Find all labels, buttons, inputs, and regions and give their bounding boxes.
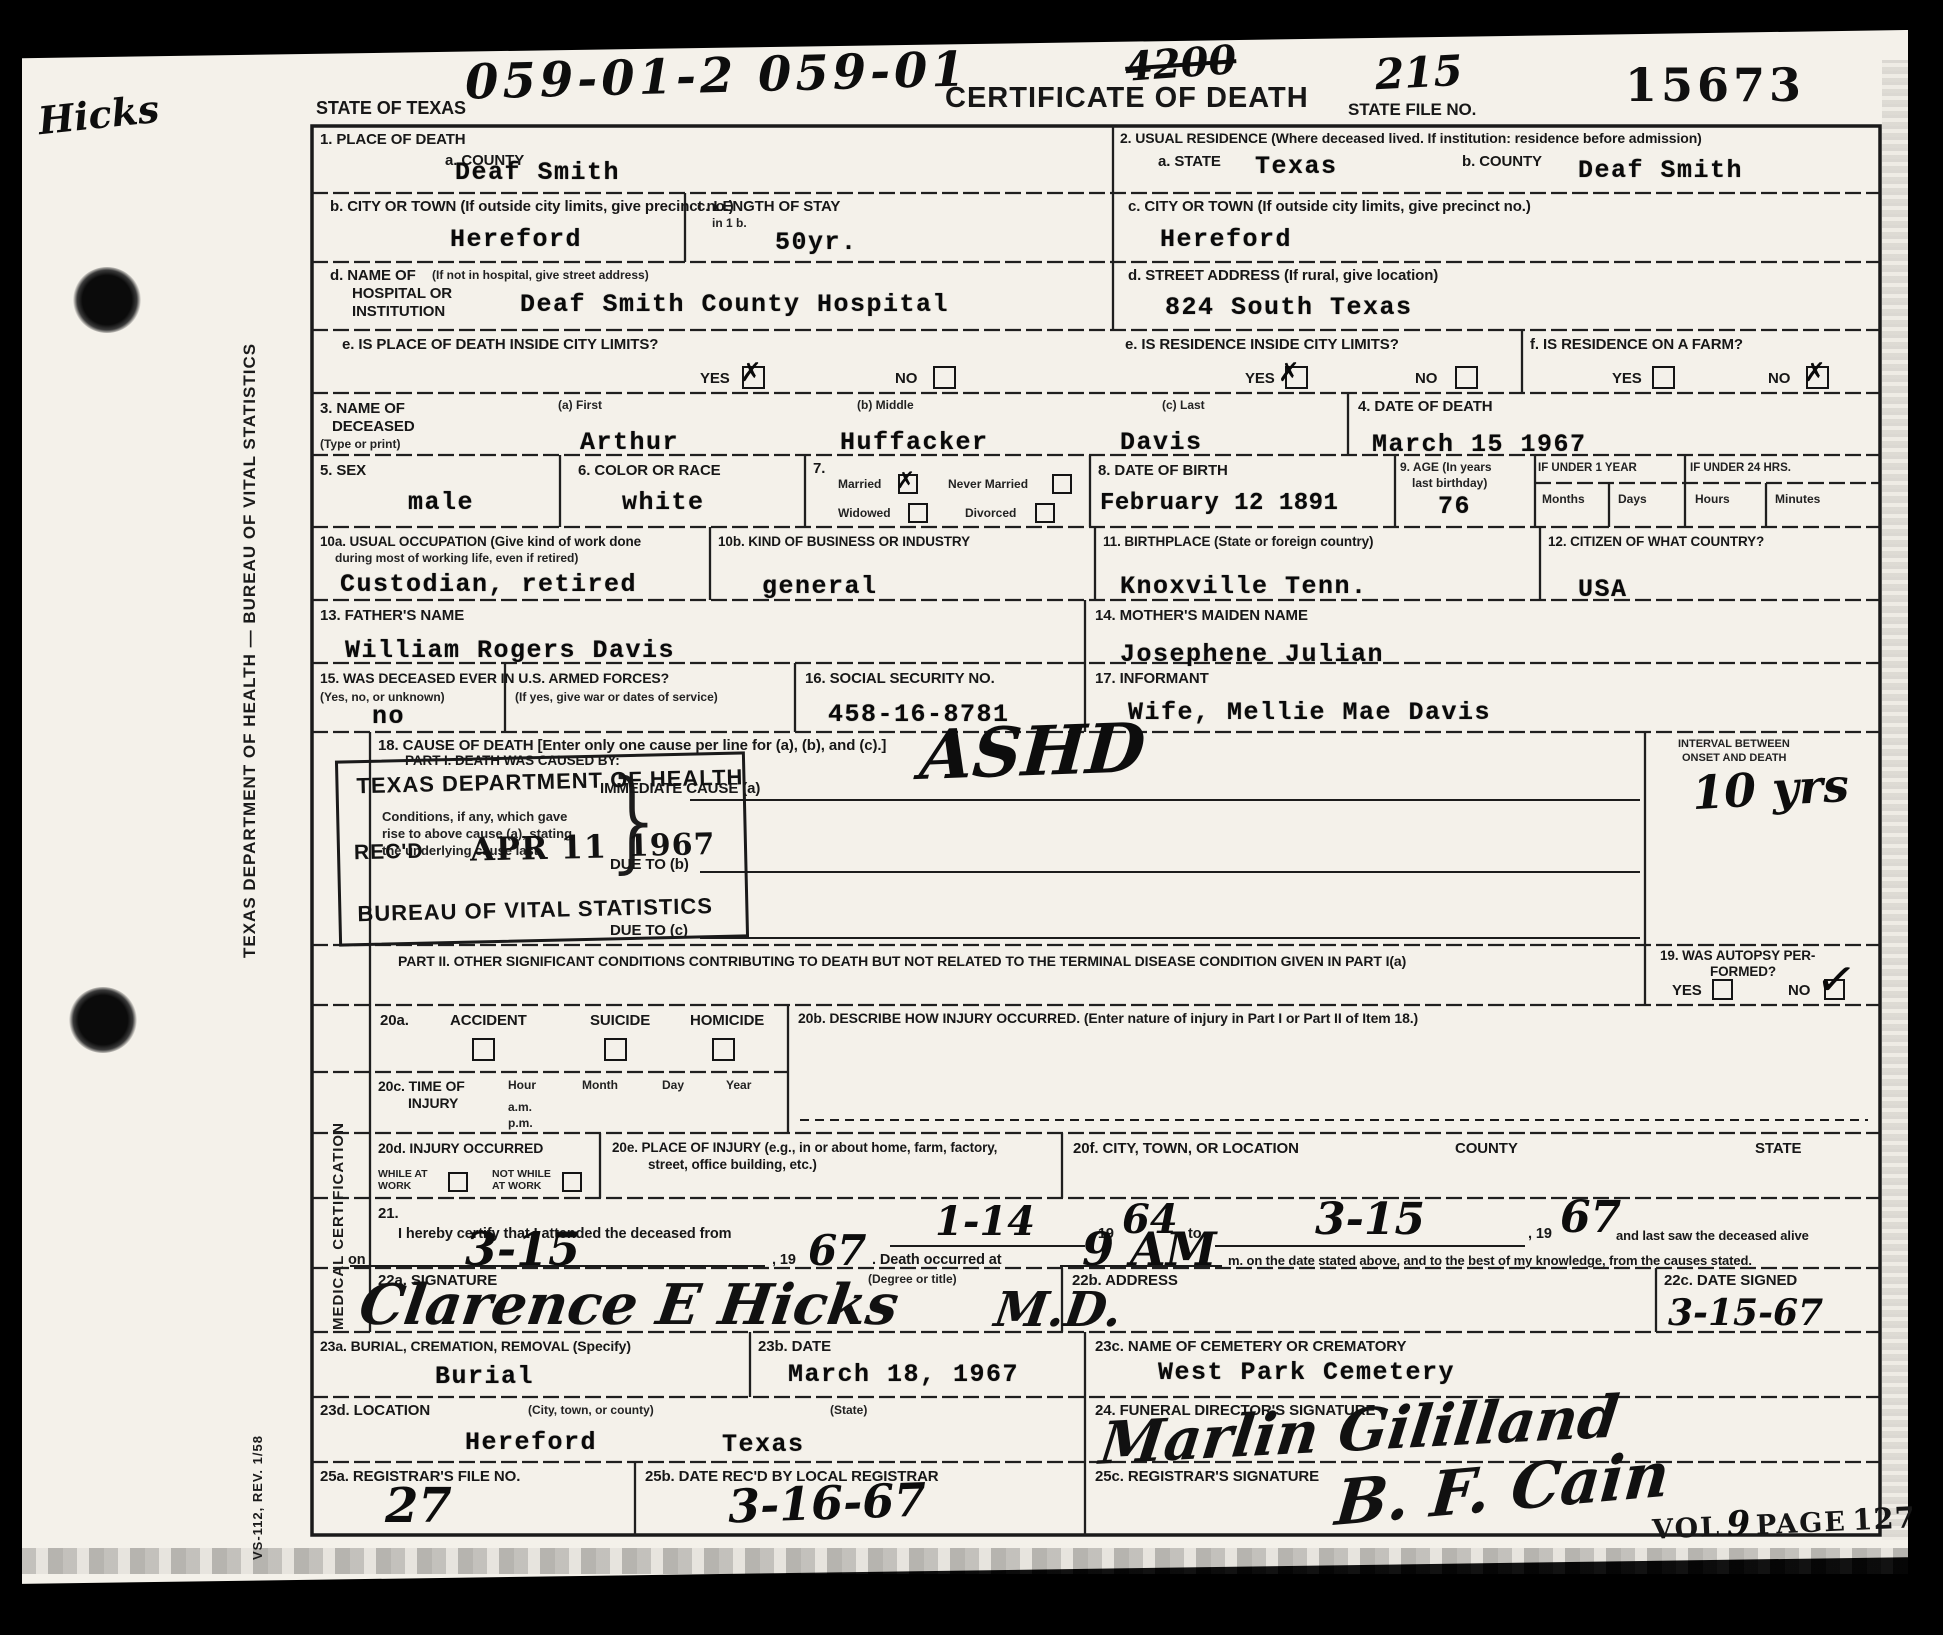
certify-text-2: and last saw the deceased alive	[1616, 1228, 1809, 1243]
autopsy-no-label: NO	[1788, 982, 1810, 999]
checkbox-place-limits-no	[933, 366, 956, 389]
citizen-value: USA	[1578, 575, 1628, 604]
received-stamp: TEXAS DEPARTMENT OF HEALTH REC'D APR 11 …	[335, 751, 749, 946]
name-heading-3: (Type or print)	[320, 437, 400, 451]
name-first-value: Arthur	[580, 428, 679, 457]
armed-forces-sub2: (If yes, give war or dates of service)	[515, 690, 718, 704]
residence-state-value: Texas	[1255, 152, 1338, 181]
residence-heading: 2. USUAL RESIDENCE (Where deceased lived…	[1120, 130, 1702, 146]
cause-a-handwriting: ASHD	[917, 708, 1148, 796]
homicide-label: HOMICIDE	[690, 1012, 764, 1029]
vol-label: VOL	[1652, 1512, 1722, 1546]
name-last-value: Davis	[1120, 428, 1203, 457]
date-of-birth-value: February 12 1891	[1100, 490, 1338, 517]
divorced-label: Divorced	[965, 506, 1016, 520]
page-label: PAGE	[1755, 1506, 1847, 1541]
farm-no-label: NO	[1768, 370, 1790, 387]
sex-value: male	[408, 488, 474, 517]
checkbox-accident	[472, 1038, 495, 1061]
death-time: 9 AM	[1082, 1222, 1217, 1276]
armed-forces-label: 15. WAS DECEASED EVER IN U.S. ARMED FORC…	[320, 670, 669, 686]
birthplace-value: Knoxville Tenn.	[1120, 572, 1368, 601]
race-label: 6. COLOR OR RACE	[578, 462, 721, 479]
certify-on: on	[348, 1252, 366, 1268]
burial-location-sub1: (City, town, or county)	[528, 1403, 654, 1417]
day-label: Day	[662, 1078, 684, 1092]
place-of-injury-label-1: 20e. PLACE OF INJURY (e.g., in or about …	[612, 1140, 997, 1155]
never-married-label: Never Married	[948, 477, 1028, 491]
place-of-death-heading: 1. PLACE OF DEATH	[320, 131, 466, 148]
date-of-death-label: 4. DATE OF DEATH	[1358, 398, 1493, 415]
registrar-date-value: 3-16-67	[727, 1473, 927, 1534]
marital-label: 7.	[813, 460, 825, 477]
checkbox-not-while-at-work	[562, 1172, 582, 1192]
autopsy-label-1: 19. WAS AUTOPSY PER-	[1660, 948, 1815, 963]
certify-text-4: m. on the date stated above, and to the …	[1228, 1253, 1752, 1268]
describe-injury-label: 20b. DESCRIBE HOW INJURY OCCURRED. (Ente…	[798, 1010, 1418, 1026]
birthplace-label: 11. BIRTHPLACE (State or foreign country…	[1103, 534, 1373, 549]
name-middle-value: Huffacker	[840, 428, 989, 457]
length-of-stay-value: 50yr.	[775, 228, 858, 257]
hospital-label-1: d. NAME OF	[330, 267, 416, 284]
injury-city-label: 20f. CITY, TOWN, OR LOCATION	[1073, 1140, 1299, 1157]
months-label: Months	[1542, 492, 1585, 506]
form-grid-lines	[0, 0, 1943, 1635]
certify-19b: , 19	[1528, 1226, 1552, 1242]
residence-city-value: Hereford	[1160, 225, 1292, 254]
date-of-death-value: March 15 1967	[1372, 430, 1587, 459]
not-while-label-1: NOT WHILE	[492, 1168, 551, 1180]
citizen-label: 12. CITIZEN OF WHAT COUNTRY?	[1548, 534, 1764, 549]
married-label: Married	[838, 477, 881, 491]
interval-label-1: INTERVAL BETWEEN	[1678, 738, 1790, 750]
residence-farm-label: f. IS RESIDENCE ON A FARM?	[1530, 336, 1743, 353]
certify-text-3: . Death occurred at	[872, 1252, 1001, 1268]
stamp-line-1: TEXAS DEPARTMENT OF HEALTH	[356, 764, 743, 799]
burial-state-value: Texas	[722, 1430, 805, 1459]
year-label: Year	[726, 1078, 751, 1092]
while-at-work-label-2: WORK	[378, 1180, 411, 1192]
part2-heading: PART II. OTHER SIGNIFICANT CONDITIONS CO…	[398, 953, 1406, 969]
autopsy-label-2: FORMED?	[1710, 964, 1776, 979]
occupation-label-2: during most of working life, even if ret…	[335, 551, 578, 565]
time-of-injury-label-1: 20c. TIME OF	[378, 1078, 465, 1094]
residence-street-label: d. STREET ADDRESS (If rural, give locati…	[1128, 267, 1438, 284]
stamp-recd: REC'D	[354, 840, 424, 866]
checkbox-farm-yes	[1652, 366, 1675, 389]
checkbox-widowed	[908, 503, 928, 523]
suicide-label: SUICIDE	[590, 1012, 650, 1029]
place-limits-yes-label: YES	[700, 370, 730, 387]
place-city-value: Hereford	[450, 225, 582, 254]
attended-to-year: 67	[1560, 1192, 1621, 1243]
checkbox-place-limits-yes-mark: ✗	[740, 358, 762, 388]
autopsy-yes-label: YES	[1672, 982, 1702, 999]
checkbox-autopsy-no-mark: ✓	[1812, 949, 1860, 1010]
injury-state-label: STATE	[1755, 1140, 1801, 1157]
mother-name-value: Josephene Julian	[1120, 640, 1384, 669]
stamp-line-3: BUREAU OF VITAL STATISTICS	[357, 893, 713, 927]
place-inside-limits-label: e. IS PLACE OF DEATH INSIDE CITY LIMITS?	[342, 336, 658, 353]
place-of-injury-label-2: street, office building, etc.)	[648, 1157, 817, 1172]
name-first-label: (a) First	[558, 398, 602, 412]
length-of-stay-label: c. LENGTH OF STAY	[697, 198, 840, 215]
mother-name-label: 14. MOTHER'S MAIDEN NAME	[1095, 607, 1308, 624]
place-county-value: Deaf Smith	[455, 158, 620, 187]
days-label: Days	[1618, 492, 1647, 506]
physician-address-label: 22b. ADDRESS	[1072, 1272, 1178, 1289]
name-last-label: (c) Last	[1162, 398, 1205, 412]
degree-value: M.D.	[991, 1282, 1125, 1338]
pm-label: p.m.	[508, 1116, 533, 1130]
checkbox-never-married	[1052, 474, 1072, 494]
injury-occurred-label: 20d. INJURY OCCURRED	[378, 1140, 543, 1156]
injury-20a-label: 20a.	[380, 1012, 409, 1029]
race-value: white	[622, 488, 705, 517]
residence-state-label: a. STATE	[1158, 153, 1221, 170]
stamp-date: APR 11	[470, 828, 608, 869]
burial-type-label: 23a. BURIAL, CREMATION, REMOVAL (Specify…	[320, 1338, 631, 1354]
occupation-value: Custodian, retired	[340, 570, 637, 599]
registrar-file-value: 27	[385, 1478, 452, 1534]
ssn-label: 16. SOCIAL SECURITY NO.	[805, 670, 995, 687]
informant-value: Wife, Mellie Mae Davis	[1128, 698, 1491, 727]
father-name-label: 13. FATHER'S NAME	[320, 607, 464, 624]
not-while-label-2: AT WORK	[492, 1180, 541, 1192]
checkbox-suicide	[604, 1038, 627, 1061]
checkbox-residence-limits-yes-mark: ✗	[1278, 358, 1300, 388]
while-at-work-label-1: WHILE AT	[378, 1168, 428, 1180]
cemetery-value: West Park Cemetery	[1158, 1358, 1455, 1387]
widowed-label: Widowed	[838, 506, 891, 520]
scanned-death-certificate: Hicks TEXAS DEPARTMENT OF HEALTH — BUREA…	[0, 0, 1943, 1635]
certify-number: 21.	[378, 1205, 399, 1222]
occupation-label-1: 10a. USUAL OCCUPATION (Give kind of work…	[320, 534, 641, 549]
farm-yes-label: YES	[1612, 370, 1642, 387]
age-label-1: 9. AGE (In years	[1400, 460, 1492, 474]
residence-county-label: b. COUNTY	[1462, 153, 1542, 170]
attended-from-date: 1-14	[935, 1198, 1035, 1245]
residence-county-value: Deaf Smith	[1578, 156, 1743, 185]
minutes-label: Minutes	[1775, 492, 1820, 506]
name-middle-label: (b) Middle	[857, 398, 914, 412]
age-value: 76	[1438, 492, 1471, 521]
checkbox-married-mark: ✗	[896, 468, 915, 494]
industry-value: general	[762, 572, 878, 601]
under-1-year-label: IF UNDER 1 YEAR	[1538, 462, 1637, 474]
certify-19c: , 19	[772, 1252, 796, 1268]
industry-label: 10b. KIND OF BUSINESS OR INDUSTRY	[718, 534, 970, 549]
month-label: Month	[582, 1078, 618, 1092]
checkbox-residence-limits-no	[1455, 366, 1478, 389]
place-city-label: b. CITY OR TOWN (If outside city limits,…	[330, 198, 734, 215]
checkbox-homicide	[712, 1038, 735, 1061]
armed-forces-value: no	[372, 702, 405, 731]
name-heading-1: 3. NAME OF	[320, 400, 405, 417]
burial-location-sub2: (State)	[830, 1403, 867, 1417]
date-of-birth-label: 8. DATE OF BIRTH	[1098, 462, 1228, 479]
cemetery-label: 23c. NAME OF CEMETERY OR CREMATORY	[1095, 1338, 1406, 1355]
page-value: 127	[1852, 1500, 1917, 1537]
interval-value-handwriting: 10 yrs	[1691, 758, 1851, 820]
residence-inside-limits-label: e. IS RESIDENCE INSIDE CITY LIMITS?	[1125, 336, 1399, 353]
informant-label: 17. INFORMANT	[1095, 670, 1209, 687]
accident-label: ACCIDENT	[450, 1012, 527, 1029]
checkbox-autopsy-yes	[1712, 979, 1733, 1000]
father-name-value: William Rogers Davis	[345, 636, 675, 665]
under-24-hrs-label: IF UNDER 24 HRS.	[1690, 462, 1791, 474]
burial-date-label: 23b. DATE	[758, 1338, 831, 1355]
last-seen-year: 67	[808, 1226, 866, 1275]
date-signed-value: 3-15-67	[1668, 1292, 1823, 1334]
name-heading-2: DECEASED	[332, 418, 415, 435]
hospital-value: Deaf Smith County Hospital	[520, 290, 949, 319]
residence-street-value: 824 South Texas	[1165, 293, 1413, 322]
hospital-label-2: HOSPITAL OR	[352, 285, 452, 302]
residence-city-label: c. CITY OR TOWN (If outside city limits,…	[1128, 198, 1531, 215]
degree-label: (Degree or title)	[868, 1272, 957, 1286]
cause-of-death-heading: 18. CAUSE OF DEATH [Enter only one cause…	[378, 737, 886, 754]
burial-location-label: 23d. LOCATION	[320, 1402, 430, 1419]
hours-label: Hours	[1695, 492, 1730, 506]
place-limits-no-label: NO	[895, 370, 917, 387]
sex-label: 5. SEX	[320, 462, 366, 479]
checkbox-farm-no-mark: ✗	[1804, 358, 1826, 388]
hour-label: Hour	[508, 1078, 536, 1092]
time-of-injury-label-2: INJURY	[408, 1095, 458, 1111]
date-signed-label: 22c. DATE SIGNED	[1664, 1272, 1797, 1289]
checkbox-while-at-work	[448, 1172, 468, 1192]
residence-limits-no-label: NO	[1415, 370, 1437, 387]
age-label-2: last birthday)	[1412, 476, 1487, 490]
checkbox-divorced	[1035, 503, 1055, 523]
burial-date-value: March 18, 1967	[788, 1360, 1019, 1389]
injury-county-label: COUNTY	[1455, 1140, 1518, 1157]
stamp-year: 1967	[628, 827, 716, 864]
last-seen-date: 3-15	[465, 1222, 580, 1276]
burial-type-value: Burial	[435, 1362, 534, 1391]
length-of-stay-sublabel: in 1 b.	[712, 216, 747, 230]
hospital-label-paren: (If not in hospital, give street address…	[432, 268, 649, 282]
physician-signature: Clarence E Hicks	[355, 1272, 902, 1338]
vol-value: 9	[1726, 1503, 1751, 1544]
residence-limits-yes-label: YES	[1245, 370, 1275, 387]
am-label: a.m.	[508, 1100, 532, 1114]
registrar-signature-label: 25c. REGISTRAR'S SIGNATURE	[1095, 1468, 1319, 1485]
burial-city-value: Hereford	[465, 1428, 597, 1457]
hospital-label-3: INSTITUTION	[352, 303, 445, 320]
attended-to-date: 3-15	[1315, 1194, 1425, 1245]
